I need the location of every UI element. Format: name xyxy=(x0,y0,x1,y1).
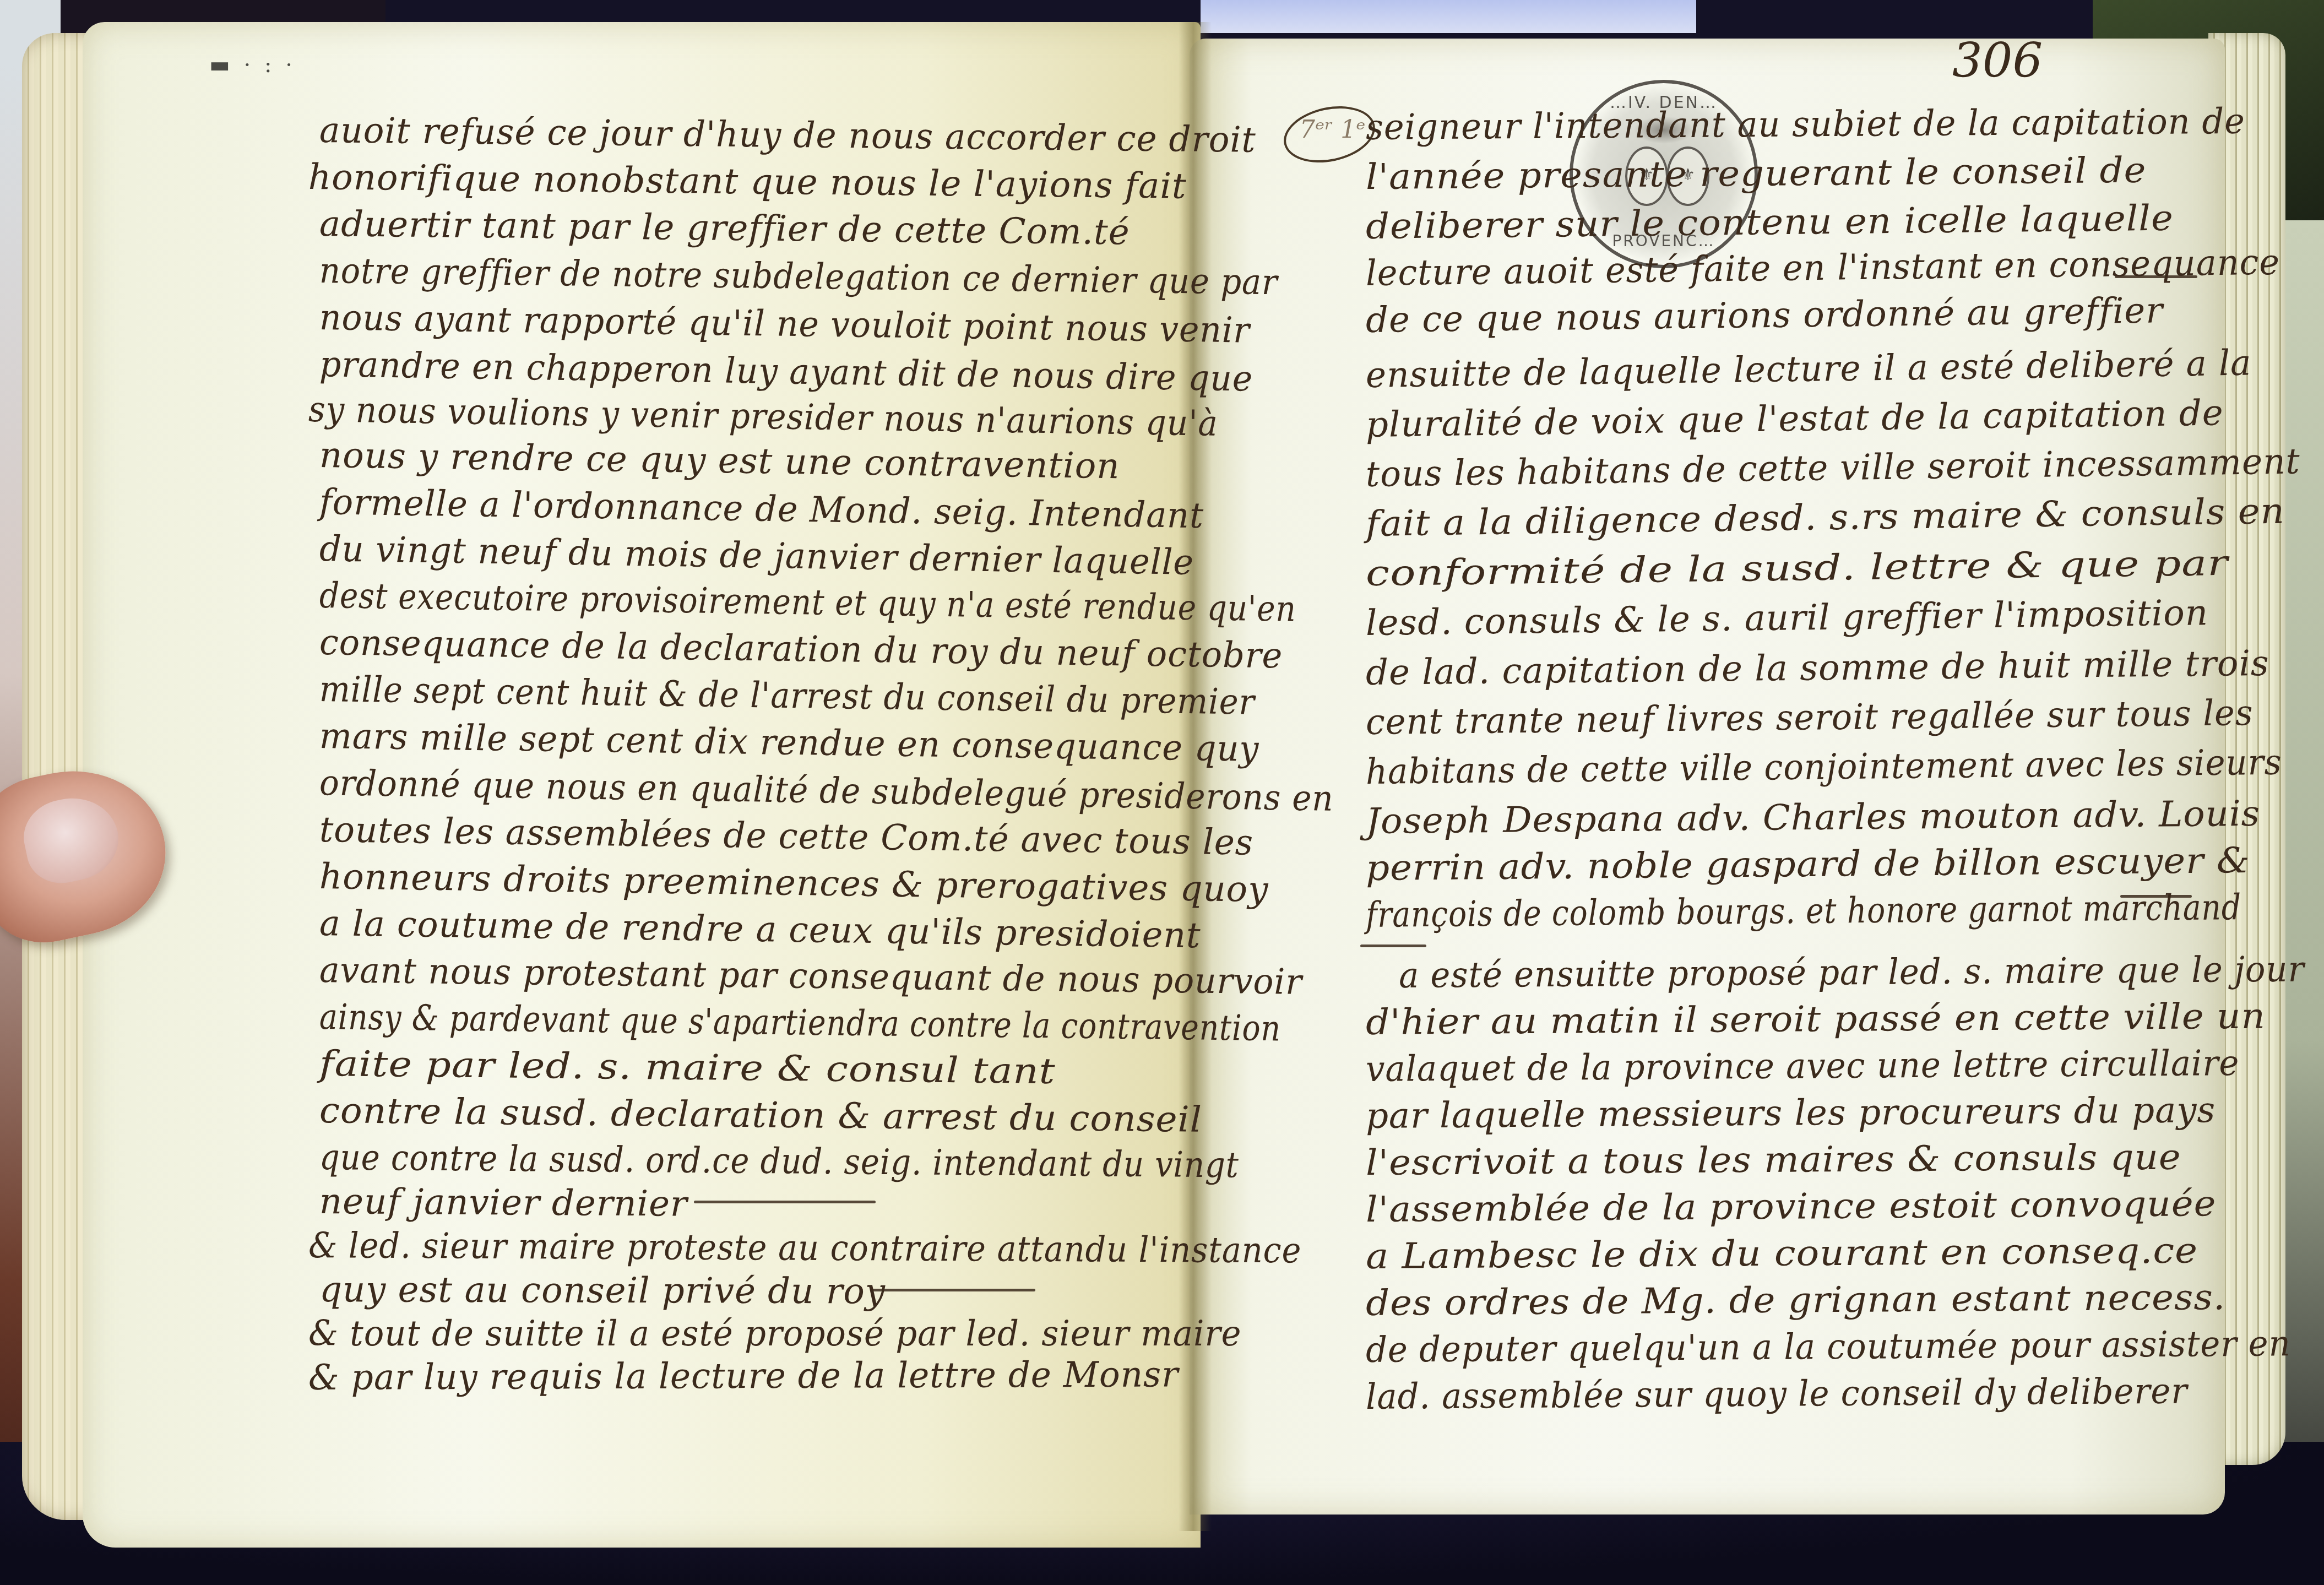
text-line: valaquet de la province avec une lettre … xyxy=(1366,1046,2240,1087)
text-line: l'assemblée de la province estoit convoq… xyxy=(1366,1186,2217,1228)
text-line: deliberer sur le contenu en icelle laque… xyxy=(1366,201,2174,245)
text-line: nous y rendre ce quy est une contraventi… xyxy=(319,438,1120,484)
text-line: faite par led. s. maire & consul tant xyxy=(319,1046,1056,1089)
text-line: lecture auoit esté faite en l'instant en… xyxy=(1366,245,2280,291)
text-line: a esté ensuitte proposé par led. s. mair… xyxy=(1399,952,2305,994)
corner-marks: ▬ · : · xyxy=(209,52,296,78)
text-line: françois de colomb bourgs. et honore gar… xyxy=(1366,890,2241,933)
text-line: perrin adv. noble gaspard de billon escu… xyxy=(1366,843,2250,886)
line-filler-dash xyxy=(1360,945,1426,947)
text-line: de lad. capitation de la somme de huit m… xyxy=(1366,646,2269,691)
text-line: quy est au conseil privé du roy xyxy=(319,1272,886,1310)
text-line: seigneur l'intendant au subiet de la cap… xyxy=(1366,104,2245,145)
text-line: lad. assemblée sur quoy le conseil dy de… xyxy=(1366,1374,2188,1415)
text-line: que contre la susd. ord.ce dud. seig. in… xyxy=(319,1140,1239,1184)
line-filler-dash xyxy=(2115,275,2197,278)
text-line: l'escrivoit a tous les maires & consuls … xyxy=(1366,1140,2181,1181)
line-filler-dash xyxy=(870,1289,1035,1291)
text-line: cent trante neuf livres seroit regallée … xyxy=(1366,696,2254,740)
text-line: contre la susd. declaration & arrest du … xyxy=(319,1093,1202,1138)
text-line: lesd. consuls & le s. auril greffier l'i… xyxy=(1366,595,2209,641)
line-filler-dash xyxy=(2120,895,2192,898)
text-line: habitans de cette ville conjointement av… xyxy=(1366,745,2282,790)
text-line: aduertir tant par le greffier de cette C… xyxy=(319,207,1130,250)
text-line: auoit refusé ce jour d'huy de nous accor… xyxy=(319,113,1256,158)
text-line: & tout de suitte il a esté proposé par l… xyxy=(308,1316,1241,1351)
thumbnail-nail xyxy=(17,789,126,889)
line-filler-dash xyxy=(694,1201,876,1203)
text-line: de ce que nous aurions ordonné au greffi… xyxy=(1366,293,2164,338)
page-number: 306 xyxy=(1952,33,2043,88)
text-line: d'hier au matin il seroit passé en cette… xyxy=(1366,999,2266,1040)
text-line: & led. sieur maire proteste au contraire… xyxy=(308,1228,1302,1268)
text-line: des ordres de Mg. de grignan estant nece… xyxy=(1366,1280,2226,1321)
text-line: a Lambesc le dix du courant en conseq.ce xyxy=(1366,1233,2198,1274)
text-line: conformité de la susd. lettre & que par xyxy=(1366,546,2229,591)
text-line: de deputer quelqu'un a la coutumée pour … xyxy=(1366,1326,2291,1368)
background-light xyxy=(1201,0,1696,33)
text-line: honorifique nonobstant que nous le l'ayi… xyxy=(308,160,1187,204)
margin-annotation: 7ᵉʳ 1ᵉ xyxy=(1300,116,1365,144)
text-line: Joseph Despana adv. Charles mouton adv. … xyxy=(1366,796,2261,839)
text-line: l'année presante reguerant le conseil de xyxy=(1366,153,2147,195)
text-line: neuf janvier dernier xyxy=(319,1184,688,1222)
text-line: par laquelle messieurs les procureurs du… xyxy=(1366,1093,2216,1134)
text-line: & par luy requis la lecture de la lettre… xyxy=(308,1357,1179,1396)
